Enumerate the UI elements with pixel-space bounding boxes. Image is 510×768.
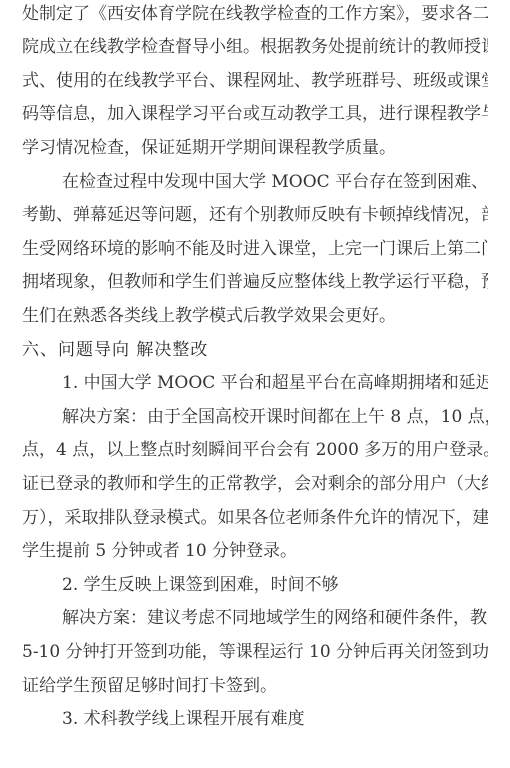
document-page: 处制定了《西安体育学院在线教学检查的工作方案》，要求各二级学 院成立在线教学检查… (0, 0, 510, 768)
paragraph-line: 证给学生预留足够时间打卡签到。 (22, 674, 488, 698)
paragraph-line: 万），采取排队登录模式。如果各位老师条件允许的情况下，建议和 (22, 506, 488, 530)
paragraph-line: 院成立在线教学检查督导小组。根据教务处提前统计的教师授课方 (22, 35, 488, 59)
paragraph-line: 考勤、弹幕延迟等问题，还有个别教师反映有卡顿掉线情况，部分学 (22, 203, 488, 227)
paragraph-line: 解决方案：由于全国高校开课时间都在上午 8 点，10 点，下午 2 (62, 405, 488, 429)
paragraph-line: 证已登录的教师和学生的正常教学，会对剩余的部分用户（大约 500 (22, 472, 488, 496)
subheading: 2. 学生反映上课签到困难，时间不够 (62, 573, 488, 597)
paragraph-line: 码等信息，加入课程学习平台或互动教学工具，进行课程教学与学生 (22, 102, 488, 126)
subheading: 3. 术科教学线上课程开展有难度 (62, 707, 488, 731)
paragraph-line: 学生提前 5 分钟或者 10 分钟登录。 (22, 539, 488, 563)
paragraph-line: 点，4 点，以上整点时刻瞬间平台会有 2000 多万的用户登录。为保 (22, 438, 488, 462)
subheading: 1. 中国大学 MOOC 平台和超星平台在高峰期拥堵和延迟现象 (62, 371, 488, 395)
paragraph-line: 处制定了《西安体育学院在线教学检查的工作方案》，要求各二级学 (22, 2, 488, 26)
paragraph-line: 生受网络环境的影响不能及时进入课堂，上完一门课后上第二门课有 (22, 237, 488, 261)
section-heading: 六、问题导向 解决整改 (22, 338, 488, 362)
paragraph-line: 生们在熟悉各类线上教学模式后教学效果会更好。 (22, 304, 488, 328)
paragraph-line: 式、使用的在线教学平台、课程网址、教学班群号、班级或课堂邀请 (22, 69, 488, 93)
paragraph-line: 5-10 分钟打开签到功能，等课程运行 10 分钟后再关闭签到功能。保 (22, 640, 488, 664)
paragraph-line: 拥堵现象，但教师和学生们普遍反应整体线上教学运行平稳，预计师 (22, 270, 488, 294)
paragraph-line: 学习情况检查，保证延期开学期间课程教学质量。 (22, 136, 488, 160)
paragraph-line: 在检查过程中发现中国大学 MOOC 平台存在签到困难、难以及时 (62, 170, 488, 194)
paragraph-line: 解决方案：建议考虑不同地域学生的网络和硬件条件，教师提前 (62, 606, 488, 630)
